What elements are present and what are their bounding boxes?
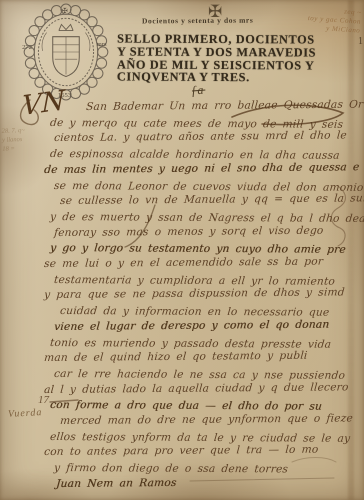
manuscript-line: man de el quind hizo el qo testamto y pu…: [43, 349, 350, 367]
tax-seal-stamp: ✠ 272 mrs 1653: [20, 2, 112, 102]
seal-top-mark: ✠: [62, 7, 68, 15]
stamp-header: SELLO PRIMERO, DOCIENTOS Y SETENTA Y DOS…: [117, 32, 316, 84]
manuscript-line: al l y dutias lado la aquella ciudad y q…: [43, 380, 350, 398]
manuscript-line: se me lui o y en el acemendido sale ss b…: [43, 254, 350, 272]
pencil-line: 18 =: [2, 143, 48, 154]
seal-value-272: 272: [22, 44, 32, 51]
manuscript-line: y para que se ne passa dispussion de dho…: [43, 286, 350, 304]
signature-line: Juan Nem an Ramos: [55, 474, 350, 492]
manuscript-line: viene el lugar de derespo y como el qo d…: [53, 317, 350, 335]
manuscript-line: de mas lin mentes y uego ni el sno dha d…: [43, 160, 350, 178]
left-margin-pencil-notes: 28. 7. q~ y llanos 18 =: [2, 125, 49, 154]
manuscript-line: se cullesse lo vn de Manuella y qq = que…: [59, 192, 350, 210]
seal-coat-of-arms: [42, 24, 90, 76]
manuscript-line: cientos La. y quatro años ante ssu mrd e…: [53, 129, 350, 147]
manuscript-page: ✠ 272 mrs 1653 ✠ Docientos y setenta y d…: [0, 0, 364, 500]
notarial-rubric: ſa: [191, 83, 205, 99]
manuscript-line: fenoray sso mas o menos y sorq el viso d…: [53, 223, 350, 241]
seal-unit-mrs: mrs: [97, 41, 107, 48]
manuscript-line: San Bademar Un ma rro balleae Quessadas …: [85, 98, 350, 116]
manuscript-line: con to antes para pro veer que l tra — l…: [43, 443, 350, 461]
manuscript-line: merced man do dre ne que ynformon que o …: [59, 412, 350, 430]
left-margin-word: Vuerda: [8, 407, 43, 420]
stamp-header-line: CINQVENTA Y TRES.: [117, 71, 316, 85]
top-right-marginalia: zeq ~ toy y gac Cohon y MiCiano: [282, 3, 362, 35]
stamp-value-line: Docientos y setenta y dos mrs: [142, 16, 253, 26]
edge-mark: 1: [358, 36, 363, 47]
manuscript-body: San Bademar Un ma rro balleae Quessadas …: [44, 100, 350, 493]
